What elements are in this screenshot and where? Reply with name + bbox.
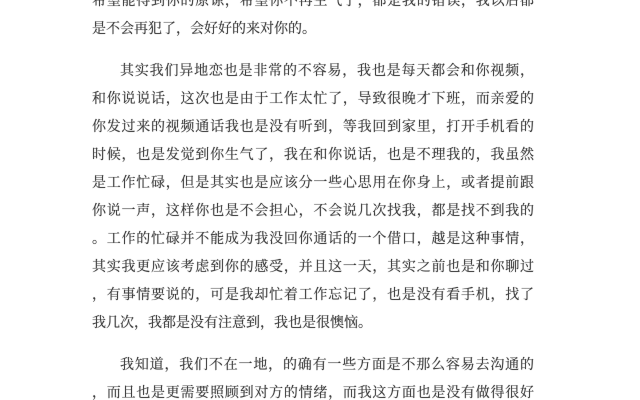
text-line: ，而且也是更需要照顾到对方的情绪，而我这方面也是没有做得很好 (92, 380, 534, 400)
text-line: 我几次，我都是没有注意到，我也是很懊恼。 (92, 310, 534, 338)
text-line: 希望能得到你的原谅，希望你不再生气了，都是我的错误，我以后都 (92, 0, 534, 16)
paragraph: 其实我们异地恋也是非常的不容易，我也是每天都会和你视频，和你说说话，这次也是由于… (92, 58, 534, 338)
document-page: 希望能得到你的原谅，希望你不再生气了，都是我的错误，我以后都是不会再犯了，会好好… (0, 0, 640, 400)
paragraph: 我知道，我们不在一地，的确有一些方面是不那么容易去沟通的，而且也是更需要照顾到对… (92, 352, 534, 400)
text-line: 是不会再犯了，会好好的来对你的。 (92, 16, 534, 44)
text-line: ，有事情要说的，可是我却忙着工作忘记了，也是没有看手机，找了 (92, 282, 534, 310)
text-block: 希望能得到你的原谅，希望你不再生气了，都是我的错误，我以后都是不会再犯了，会好好… (92, 0, 534, 400)
text-line: 其实我更应该考虑到你的感受，并且这一天，其实之前也是和你聊过 (92, 254, 534, 282)
text-line: 我知道，我们不在一地，的确有一些方面是不那么容易去沟通的 (92, 352, 534, 380)
text-line: 其实我们异地恋也是非常的不容易，我也是每天都会和你视频， (92, 58, 534, 86)
paragraph: 希望能得到你的原谅，希望你不再生气了，都是我的错误，我以后都是不会再犯了，会好好… (92, 0, 534, 44)
text-line: 时候，也是发觉到你生气了，我在和你说话，也是不理我的，我虽然 (92, 142, 534, 170)
text-line: 和你说说话，这次也是由于工作太忙了，导致很晚才下班，而亲爱的 (92, 86, 534, 114)
text-line: 是工作忙碌，但是其实也是应该分一些心思用在你身上，或者提前跟 (92, 170, 534, 198)
text-line: 你说一声，这样你也是不会担心，不会说几次找我，都是找不到我的 (92, 198, 534, 226)
text-line: 。工作的忙碌并不能成为我没回你通话的一个借口，越是这种事情， (92, 226, 534, 254)
text-line: 你发过来的视频通话我也是没有听到，等我回到家里，打开手机看的 (92, 114, 534, 142)
